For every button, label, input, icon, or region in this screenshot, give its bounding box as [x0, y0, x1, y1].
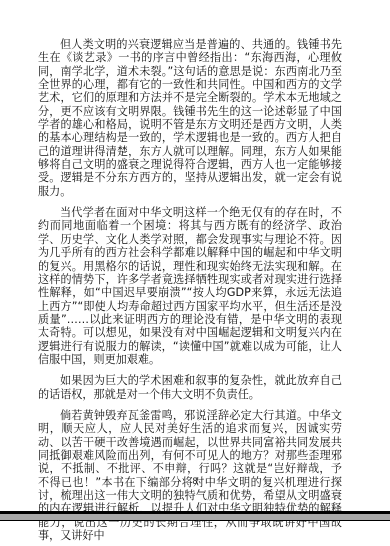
page-number: 8	[0, 476, 390, 486]
document-page-body: 但人类文明的兴衰逻辑应当是普遍的、共通的。钱锺书先生在《谈艺录》一书的序言中曾经…	[38, 38, 342, 546]
paragraph-3: 如果因为巨大的学术困难和叙事的复杂性，就此放弃自己的话语权，那就是对一个伟大文明…	[38, 374, 342, 401]
paragraph-2: 当代学者在面对中华文明这样一个绝无仅有的存在时，不约而同地面临着一个困境：将其与…	[38, 206, 342, 366]
paragraph-1: 但人类文明的兴衰逻辑应当是普遍的、共通的。钱锺书先生在《谈艺录》一书的序言中曾经…	[38, 38, 342, 198]
page-footer-divider-thin	[0, 520, 390, 521]
